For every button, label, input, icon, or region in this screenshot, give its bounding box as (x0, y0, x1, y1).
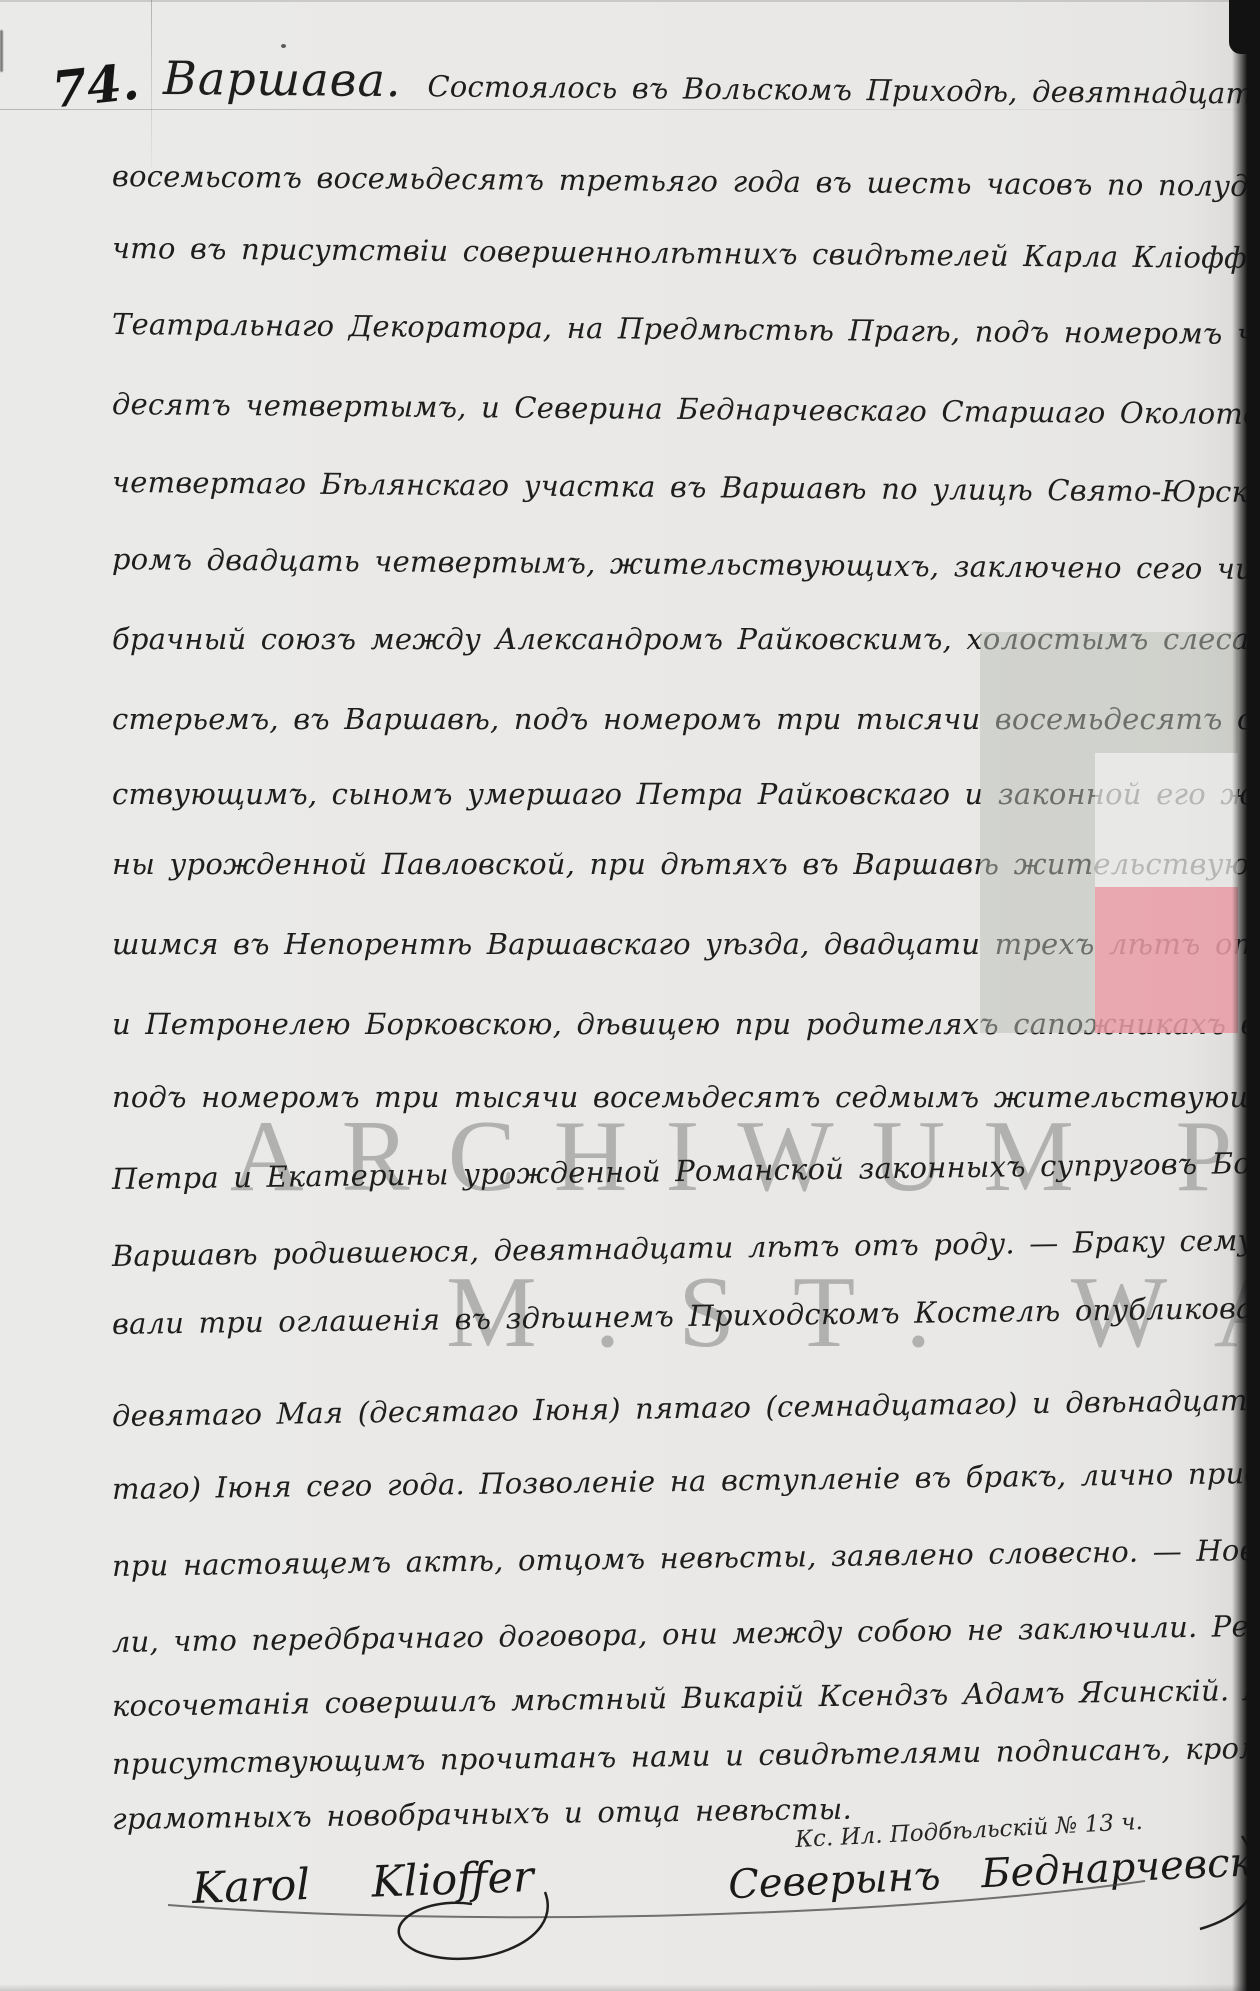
scanned-document-page: ARCHIWUM P M.ST. WA 74. Варшава.Состояло… (0, 0, 1260, 1991)
watermark-flag-red-block (1095, 887, 1238, 1033)
scan-border-right (1232, 0, 1260, 1991)
scan-border-top-right-notch (1229, 0, 1260, 54)
watermark-flag-white-block (1095, 753, 1238, 887)
